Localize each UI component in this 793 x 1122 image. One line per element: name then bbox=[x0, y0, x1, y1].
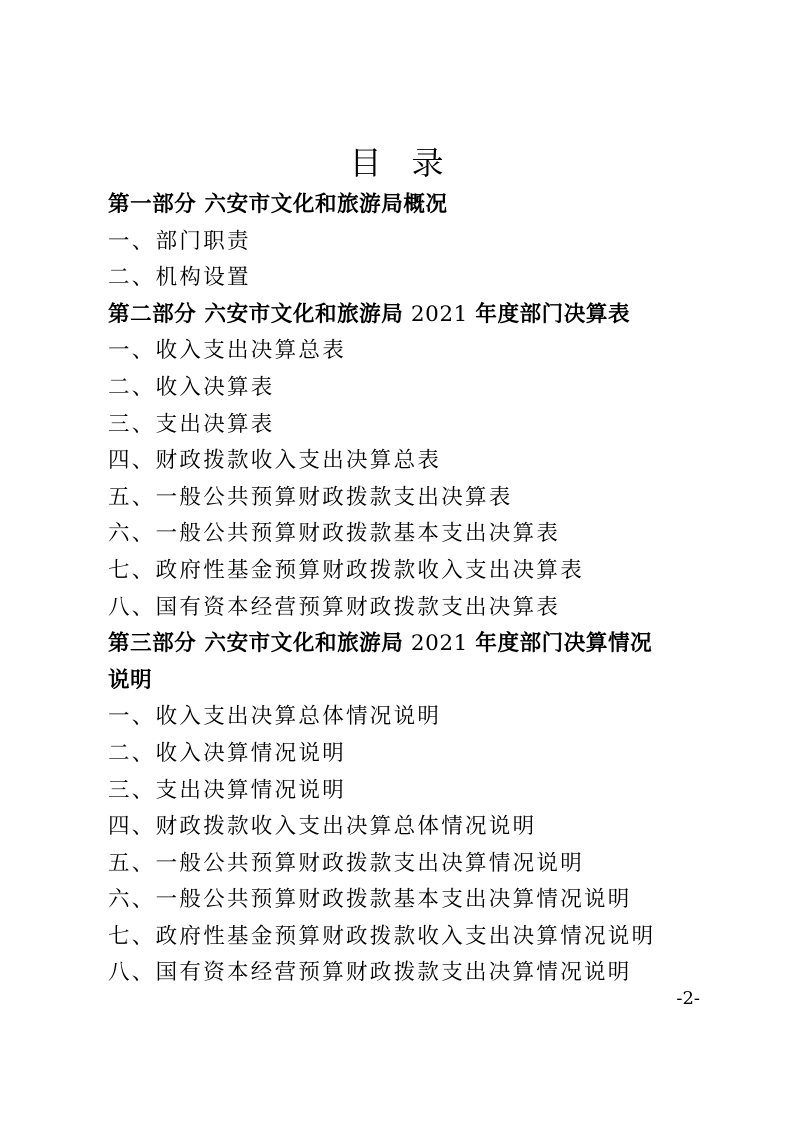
title-char-1: 目 bbox=[349, 144, 381, 182]
toc-part1-item-2[interactable]: 二、机构设置 bbox=[108, 260, 708, 297]
toc-part2-item-1[interactable]: 一、收入支出决算总表 bbox=[108, 333, 708, 370]
toc-part2-item-3[interactable]: 三、支出决算表 bbox=[108, 407, 708, 444]
toc-part3-item-5[interactable]: 五、一般公共预算财政拨款支出决算情况说明 bbox=[108, 846, 708, 883]
toc-part3-item-7[interactable]: 七、政府性基金预算财政拨款收入支出决算情况说明 bbox=[108, 919, 708, 956]
toc-part2-heading-suffix: 年度部门决算表 bbox=[475, 302, 630, 327]
toc-part3-item-4[interactable]: 四、财政拨款收入支出决算总体情况说明 bbox=[108, 809, 708, 846]
toc-part1-heading[interactable]: 第一部分 六安市文化和旅游局概况 bbox=[108, 187, 708, 224]
toc-part2-item-6[interactable]: 六、一般公共预算财政拨款基本支出决算表 bbox=[108, 516, 708, 553]
toc-part2-heading[interactable]: 第二部分 六安市文化和旅游局 2021 年度部门决算表 bbox=[108, 297, 708, 334]
toc-part3-item-6[interactable]: 六、一般公共预算财政拨款基本支出决算情况说明 bbox=[108, 882, 708, 919]
page-number: -2- bbox=[660, 988, 700, 1010]
page-title: 目录 bbox=[0, 142, 793, 184]
toc-part3-heading[interactable]: 第三部分 六安市文化和旅游局 2021 年度部门决算情况 bbox=[108, 626, 708, 663]
toc-part3-heading-prefix: 第三部分 六安市文化和旅游局 bbox=[108, 631, 403, 656]
toc-part3-heading-year: 2021 bbox=[403, 631, 475, 656]
toc-part2-item-8[interactable]: 八、国有资本经营预算财政拨款支出决算表 bbox=[108, 590, 708, 627]
toc-part2-item-2[interactable]: 二、收入决算表 bbox=[108, 370, 708, 407]
toc-part2-item-4[interactable]: 四、财政拨款收入支出决算总表 bbox=[108, 443, 708, 480]
toc-part2-item-5[interactable]: 五、一般公共预算财政拨款支出决算表 bbox=[108, 480, 708, 517]
toc-part2-heading-year: 2021 bbox=[403, 302, 475, 327]
title-char-2: 录 bbox=[412, 144, 444, 182]
toc-part3-heading-continued[interactable]: 说明 bbox=[108, 663, 708, 700]
table-of-contents: 第一部分 六安市文化和旅游局概况 一、部门职责 二、机构设置 第二部分 六安市文… bbox=[108, 187, 708, 992]
toc-part2-heading-prefix: 第二部分 六安市文化和旅游局 bbox=[108, 302, 403, 327]
toc-part3-item-2[interactable]: 二、收入决算情况说明 bbox=[108, 736, 708, 773]
toc-part1-item-1[interactable]: 一、部门职责 bbox=[108, 224, 708, 261]
toc-part3-heading-suffix: 年度部门决算情况 bbox=[475, 631, 652, 656]
toc-part3-item-1[interactable]: 一、收入支出决算总体情况说明 bbox=[108, 699, 708, 736]
toc-part3-item-3[interactable]: 三、支出决算情况说明 bbox=[108, 773, 708, 810]
toc-part2-item-7[interactable]: 七、政府性基金预算财政拨款收入支出决算表 bbox=[108, 553, 708, 590]
toc-part3-item-8[interactable]: 八、国有资本经营预算财政拨款支出决算情况说明 bbox=[108, 955, 708, 992]
document-page: 目录 第一部分 六安市文化和旅游局概况 一、部门职责 二、机构设置 第二部分 六… bbox=[0, 0, 793, 1122]
